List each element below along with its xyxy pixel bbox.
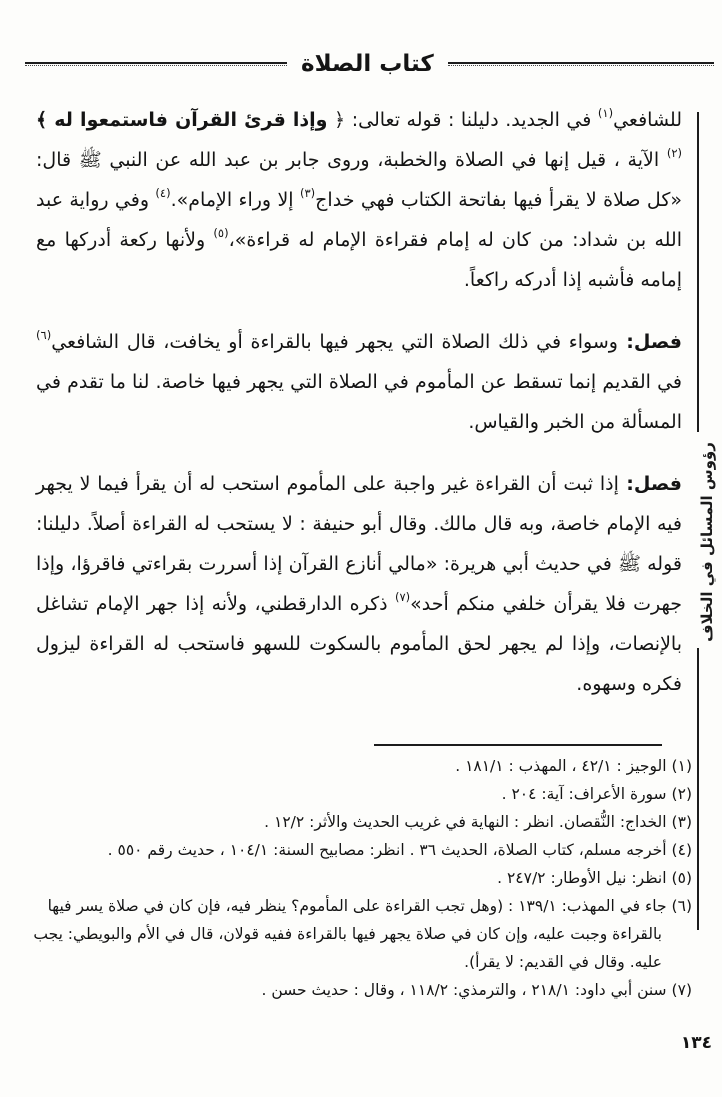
text-run: في القديم إنما تسقط عن المأموم في الصلاة… <box>36 371 682 433</box>
footnote-number: (٦) <box>672 897 692 915</box>
footnote-marker: (٣) <box>300 186 315 200</box>
body-text: للشافعي(١) في الجديد. دليلنا : قوله تعال… <box>36 100 682 726</box>
page-number: ١٣٤ <box>681 1033 712 1053</box>
text-run: وإذا قرئ القرآن فاستمعوا له <box>54 109 327 131</box>
footnote-marker: (٢) <box>667 146 682 160</box>
footnote-marker: (٤) <box>155 186 170 200</box>
footnote-2: (٢)سورة الأعراف: آية: ٢٠٤ . <box>28 780 692 808</box>
paragraph-1: للشافعي(١) في الجديد. دليلنا : قوله تعال… <box>36 100 682 300</box>
footnote-5: (٥)انظر: نيل الأوطار: ٢٤٧/٢ . <box>28 864 692 892</box>
footnote-number: (١) <box>672 757 692 775</box>
footnote-text: انظر: نيل الأوطار: ٢٤٧/٢ . <box>497 869 666 887</box>
footnote-text: أخرجه مسلم، كتاب الصلاة، الحديث ٣٦ . انظ… <box>108 841 667 859</box>
vertical-book-title: رؤوس المسائل في الخلاف <box>692 436 722 648</box>
text-run: وسواء في ذلك الصلاة التي يجهر فيها بالقر… <box>51 331 618 353</box>
paragraph-3: فصل: إذا ثبت أن القراءة غير واجبة على ال… <box>36 464 682 704</box>
footnote-6: (٦)جاء في المهذب: ١٣٩/١ : (وهل تجب القرا… <box>28 892 692 976</box>
footnotes: (١)الوجيز : ٤٢/١ ، المهذب : ١٨١/١ .(٢)سو… <box>28 752 692 1004</box>
text-run: فصل: <box>618 331 682 353</box>
footnote-marker: (٧) <box>395 590 410 604</box>
header-rule-right <box>448 62 714 66</box>
text-run: للشافعي <box>613 109 682 131</box>
footnote-marker: (٦) <box>36 328 51 342</box>
footnote-marker: (١) <box>598 106 613 120</box>
header-rule-right-subline <box>448 65 714 66</box>
footnote-number: (٣) <box>672 813 692 831</box>
text-run: ﴾ <box>36 109 54 131</box>
footnote-separator <box>374 744 662 746</box>
header-rule-left-line <box>25 62 287 64</box>
footnote-text: الوجيز : ٤٢/١ ، المهذب : ١٨١/١ . <box>455 757 666 775</box>
margin-rule-bottom <box>697 648 699 930</box>
page-header: كتاب الصلاة <box>25 44 714 84</box>
footnote-number: (٧) <box>672 981 692 999</box>
footnote-text: الخداج: النُّقصان. انظر : النهاية في غري… <box>264 813 666 831</box>
footnote-3: (٣)الخداج: النُّقصان. انظر : النهاية في … <box>28 808 692 836</box>
footnote-number: (٤) <box>672 841 692 859</box>
book-page: كتاب الصلاة رؤوس المسائل في الخلاف للشاف… <box>0 0 722 1097</box>
footnote-marker: (٥) <box>213 226 228 240</box>
footnote-number: (٢) <box>672 785 692 803</box>
margin-rule-top <box>697 112 699 432</box>
footnote-number: (٥) <box>672 869 692 887</box>
header-rule-left-subline <box>25 65 287 66</box>
footnote-text: جاء في المهذب: ١٣٩/١ : (وهل تجب القراءة … <box>33 897 666 971</box>
footnote-text: سنن أبي داود: ٢١٨/١ ، والترمذي: ١١٨/٢ ، … <box>261 981 666 999</box>
header-rule-right-line <box>448 62 714 64</box>
text-run: في الجديد. دليلنا : قوله تعالى: ﴿ <box>327 109 597 131</box>
footnote-1: (١)الوجيز : ٤٢/١ ، المهذب : ١٨١/١ . <box>28 752 692 780</box>
footnote-7: (٧)سنن أبي داود: ٢١٨/١ ، والترمذي: ١١٨/٢… <box>28 976 692 1004</box>
footnote-4: (٤)أخرجه مسلم، كتاب الصلاة، الحديث ٣٦ . … <box>28 836 692 864</box>
paragraph-2: فصل: وسواء في ذلك الصلاة التي يجهر فيها … <box>36 322 682 442</box>
text-run: إلا وراء الإمام». <box>171 189 300 211</box>
header-rule-left <box>25 62 287 66</box>
text-run: فصل: <box>619 473 682 495</box>
footnote-text: سورة الأعراف: آية: ٢٠٤ . <box>502 785 667 803</box>
vertical-book-title-text: رؤوس المسائل في الخلاف <box>698 442 716 642</box>
chapter-title: كتاب الصلاة <box>301 51 434 77</box>
